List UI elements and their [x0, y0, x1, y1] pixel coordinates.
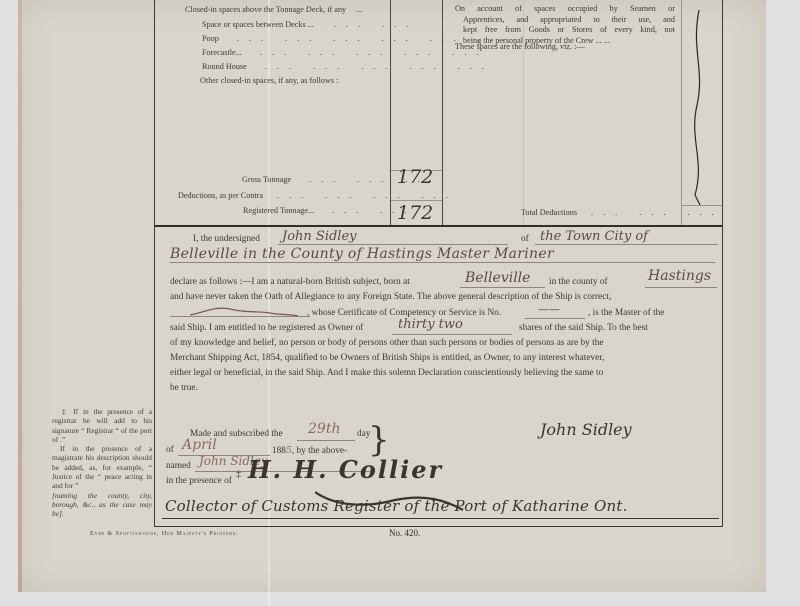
footnote-paragraph: ‡ If in the presence of a registrar he w…: [52, 407, 152, 444]
declaration-line: , is the Master of the: [588, 306, 664, 322]
day-rule: [297, 440, 355, 441]
cert-no-rule: [525, 318, 585, 319]
row-label: Poop: [202, 34, 219, 43]
printer-imprint: Eyre & Spottiswoode, Her Majesty's Print…: [90, 530, 238, 537]
leader-dots: ... ...: [334, 20, 418, 29]
deductions-label: Deductions, as per Contra... ... ... ...: [178, 191, 458, 200]
name-rule: [278, 244, 508, 245]
declaration-line: declare as follows :—I am a natural-born…: [170, 275, 410, 291]
text-line: Apprentices, and appropriated to their u…: [455, 15, 675, 26]
shares-rule: [392, 334, 512, 335]
blank-strikeout-mark: [685, 10, 715, 210]
label-text: Total Deductions: [521, 208, 577, 217]
declarant-name: John Sidley: [282, 229, 357, 244]
spaces-label: These spaces are the following, viz. :—: [455, 42, 585, 51]
declaration-line: be true.: [170, 381, 198, 397]
form-number: No. 420.: [389, 528, 420, 538]
of-label: of: [166, 443, 174, 459]
leader-dots: ... ... ... ...: [277, 191, 458, 200]
declaration-line: in the county of: [549, 275, 608, 291]
leader-dots: ... ... ... ... ...: [265, 62, 494, 71]
declaration-line: of my knowledge and belief, no person or…: [170, 336, 604, 352]
month-value: April: [182, 437, 217, 453]
row-round-house: Round House... ... ... ... ...: [202, 62, 494, 71]
day-value: 29th: [308, 421, 340, 437]
row-label: Space or spaces between Decks ...: [202, 20, 314, 29]
witness-mark: ‡: [236, 469, 241, 480]
presence-label: in the presence of: [166, 474, 232, 490]
deductions-text: On account of spaces occupied by Seamen …: [455, 4, 675, 46]
row-closed-spaces: Closed-in spaces above the Tonnage Deck,…: [185, 5, 362, 14]
birthplace-rule: [460, 287, 545, 288]
declaration-line: said Ship. I am entitled to be registere…: [170, 321, 363, 337]
footnote-italic: [naming the county, city, borough, &c., …: [52, 491, 152, 519]
declaration-line: either legal or beneficial, in the said …: [170, 366, 603, 382]
text-line: kept free from Goods or Stores of every …: [455, 25, 675, 36]
leader-dots: ...: [356, 5, 362, 14]
residence-rule: [535, 244, 718, 245]
registered-tonnage-label: Registered Tonnage...... ...: [243, 206, 416, 215]
witness-title-rule: [162, 518, 719, 519]
row-label: Other closed-in spaces, if any, as follo…: [200, 76, 338, 85]
footnote: ‡ If in the presence of a registrar he w…: [52, 407, 152, 519]
column-divider: [681, 0, 682, 226]
footnote-paragraph: If in the presence of a magistrate his d…: [52, 444, 152, 490]
declarant-signature: John Sidley: [540, 420, 632, 439]
row-label: Round House: [202, 62, 247, 71]
master-name-dash: [190, 304, 300, 318]
section-divider: [155, 225, 722, 227]
label-text: Deductions, as per Contra: [178, 191, 263, 200]
row-label: Forecastle...: [202, 48, 242, 57]
county-value: Hastings: [648, 268, 711, 284]
row-other-spaces: Other closed-in spaces, if any, as follo…: [200, 76, 338, 85]
shares-value: thirty two: [398, 317, 463, 332]
declaration-line: Merchant Shipping Act, 1854, qualified t…: [170, 351, 604, 367]
witness-title: Collector of Customs Register of the Por…: [165, 497, 628, 515]
row-forecastle: Forecastle...... ... ... ... ...: [202, 48, 489, 57]
named-label: named: [166, 459, 191, 475]
gross-tonnage-value: 172: [397, 166, 433, 188]
brace: }: [368, 420, 390, 460]
witness-signature: H. H. Collier: [248, 455, 443, 484]
row-between-decks: Space or spaces between Decks ...... ...: [202, 20, 418, 29]
row-label: Closed-in spaces above the Tonnage Deck,…: [185, 5, 346, 14]
registered-tonnage-value: 172: [397, 202, 433, 224]
residence-handwritten: the Town City of: [540, 229, 648, 244]
residence-handwritten-line2: Belleville in the County of Hastings Mas…: [170, 246, 554, 262]
county-rule: [645, 287, 717, 288]
text-line: On account of spaces occupied by Seamen …: [455, 4, 675, 15]
value-rule: [391, 200, 442, 201]
label-text: Registered Tonnage...: [243, 206, 314, 215]
residence-rule: [170, 262, 715, 263]
label-text: Gross Tonnage: [242, 175, 291, 184]
declaration-line: shares of the said Ship. To the best: [519, 321, 648, 337]
birthplace-value: Belleville: [465, 270, 530, 286]
cert-no-value: ——: [538, 303, 560, 316]
